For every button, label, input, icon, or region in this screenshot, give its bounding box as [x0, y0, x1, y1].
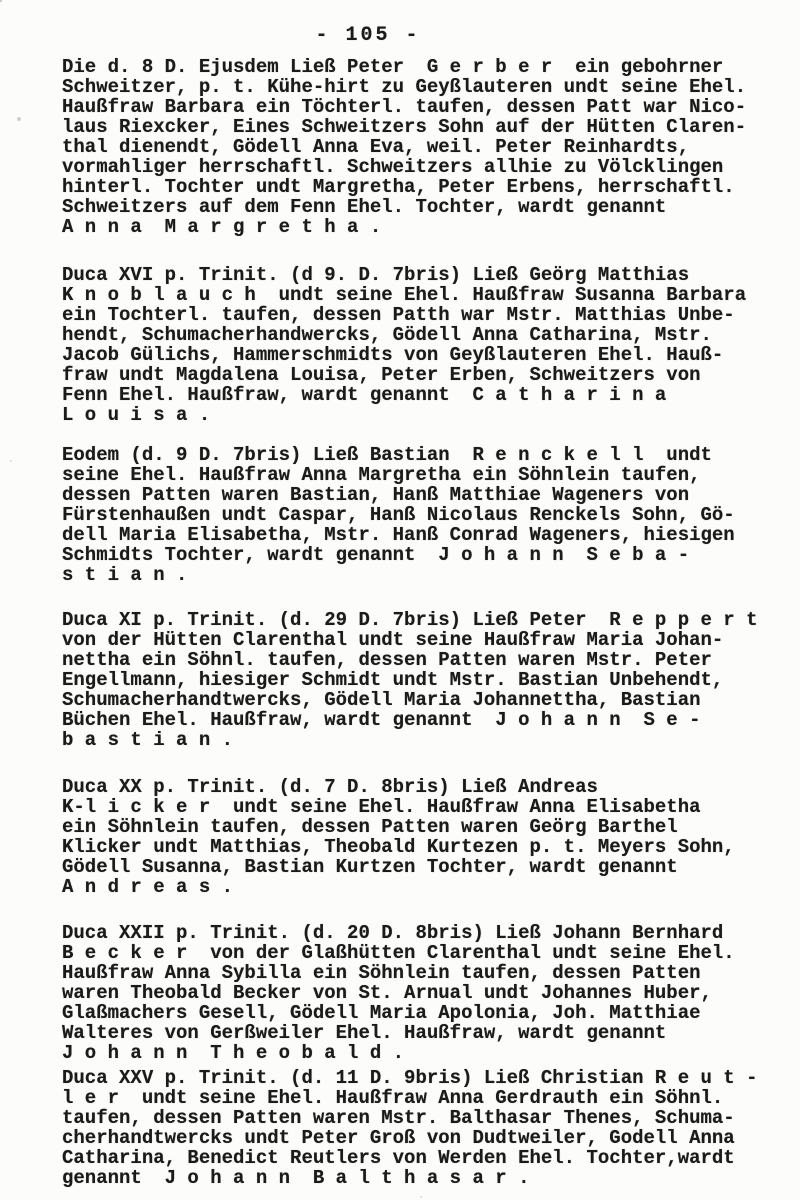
baptism-entry-reutler: Duca XXV p. Trinit. (d. 11 D. 9bris) Lie…: [62, 1068, 782, 1188]
text-line: K n o b l a u c h undt seine Ehel. Haußf…: [62, 285, 782, 305]
text-line: nettha ein Söhnl. taufen, dessen Patten …: [62, 650, 782, 670]
text-line: J o h a n n T h e o b a l d .: [62, 1043, 782, 1063]
text-line: K-l i c k e r undt seine Ehel. Haußfraw …: [62, 797, 782, 817]
text-line: Schmidts Tochter, wardt genannt J o h a …: [62, 545, 782, 565]
baptism-entry-gerber: Die d. 8 D. Ejusdem Ließ Peter G e r b e…: [62, 57, 782, 237]
baptism-entry-renckell: Eodem (d. 9 D. 7bris) Ließ Bastian R e n…: [62, 445, 782, 585]
text-line: Schweitzers auf dem Fenn Ehel. Tochter, …: [62, 197, 782, 217]
text-line: genannt J o h a n n B a l t h a s a r .: [62, 1168, 782, 1188]
text-line: Gödell Susanna, Bastian Kurtzen Tochter,…: [62, 857, 782, 877]
text-line: Duca XVI p. Trinit. (d 9. D. 7bris) Ließ…: [62, 265, 782, 285]
text-line: ein Tochterl. taufen, dessen Patth war M…: [62, 305, 782, 325]
text-line: Walteres von Gerßweiler Ehel. Haußfraw, …: [62, 1023, 782, 1043]
text-line: Fürstenhaußen undt Caspar, Hanß Nicolaus…: [62, 505, 782, 525]
text-line: dessen Patten waren Bastian, Hanß Matthi…: [62, 485, 782, 505]
text-line: Haußfraw Barbara ein Töchterl. taufen, d…: [62, 97, 782, 117]
text-line: Engellmann, hiesiger Schmidt undt Mstr. …: [62, 670, 782, 690]
text-line: cherhandtwercks undt Peter Groß von Dudt…: [62, 1128, 782, 1148]
text-line: B e c k e r von der Glaßhütten Clarentha…: [62, 943, 782, 963]
text-line: Catharina, Benedict Reutlers von Werden …: [62, 1148, 782, 1168]
text-line: Haußfraw Anna Sybilla ein Söhnlein taufe…: [62, 963, 782, 983]
text-line: L o u i s a .: [62, 405, 782, 425]
text-line: s t i a n .: [62, 565, 782, 585]
text-line: Eodem (d. 9 D. 7bris) Ließ Bastian R e n…: [62, 445, 782, 465]
text-line: Glaßmachers Gesell, Gödell Maria Apoloni…: [62, 1003, 782, 1023]
text-line: Die d. 8 D. Ejusdem Ließ Peter G e r b e…: [62, 57, 782, 77]
text-line: Büchen Ehel. Haußfraw, wardt genannt J o…: [62, 710, 782, 730]
baptism-entry-knoblauch: Duca XVI p. Trinit. (d 9. D. 7bris) Ließ…: [62, 265, 782, 425]
baptism-entry-reppert: Duca XI p. Trinit. (d. 29 D. 7bris) Ließ…: [62, 610, 782, 750]
text-line: Klicker undt Matthias, Theobald Kurtezen…: [62, 837, 782, 857]
text-line: A n n a M a r g r e t h a .: [62, 217, 782, 237]
text-line: dell Maria Elisabetha, Mstr. Hanß Conrad…: [62, 525, 782, 545]
text-line: Duca XI p. Trinit. (d. 29 D. 7bris) Ließ…: [62, 610, 782, 630]
scan-artifacts: [0, 0, 2, 2]
text-line: seine Ehel. Haußfraw Anna Margretha ein …: [62, 465, 782, 485]
text-line: vormahliger herrschaftl. Schweitzers all…: [62, 157, 782, 177]
text-line: thal dienendt, Gödell Anna Eva, weil. Pe…: [62, 137, 782, 157]
text-line: taufen, dessen Patten waren Mstr. Baltha…: [62, 1108, 782, 1128]
text-line: Duca XXV p. Trinit. (d. 11 D. 9bris) Lie…: [62, 1068, 782, 1088]
text-line: hinterl. Tochter undt Margretha, Peter E…: [62, 177, 782, 197]
baptism-entry-klicker: Duca XX p. Trinit. (d. 7 D. 8bris) Ließ …: [62, 777, 782, 897]
text-line: l e r undt seine Ehel. Haußfraw Anna Ger…: [62, 1088, 782, 1108]
text-line: Duca XXII p. Trinit. (d. 20 D. 8bris) Li…: [62, 923, 782, 943]
page-number: - 105 -: [0, 24, 736, 47]
text-line: A n d r e a s .: [62, 877, 782, 897]
text-line: b a s t i a n .: [62, 730, 782, 750]
text-line: fraw undt Magdalena Louisa, Peter Erben,…: [62, 365, 782, 385]
document-text-block: Die d. 8 D. Ejusdem Ließ Peter G e r b e…: [62, 57, 782, 1188]
text-line: Schumacherhandtwercks, Gödell Maria Joha…: [62, 690, 782, 710]
text-line: waren Theobald Becker von St. Arnual und…: [62, 983, 782, 1003]
baptism-entry-becker: Duca XXII p. Trinit. (d. 20 D. 8bris) Li…: [62, 923, 782, 1063]
text-line: Duca XX p. Trinit. (d. 7 D. 8bris) Ließ …: [62, 777, 782, 797]
scanned-document-page: - 105 - Die d. 8 D. Ejusdem Ließ Peter G…: [0, 0, 800, 1200]
text-line: Jacob Gülichs, Hammerschmidts von Geyßla…: [62, 345, 782, 365]
text-line: Fenn Ehel. Haußfraw, wardt genannt C a t…: [62, 385, 782, 405]
text-line: ein Söhnlein taufen, dessen Patten waren…: [62, 817, 782, 837]
text-line: Schweitzer, p. t. Kühe-hirt zu Geyßlaute…: [62, 77, 782, 97]
text-line: hendt, Schumacherhandwercks, Gödell Anna…: [62, 325, 782, 345]
text-line: von der Hütten Clarenthal undt seine Hau…: [62, 630, 782, 650]
text-line: laus Riexcker, Eines Schweitzers Sohn au…: [62, 117, 782, 137]
